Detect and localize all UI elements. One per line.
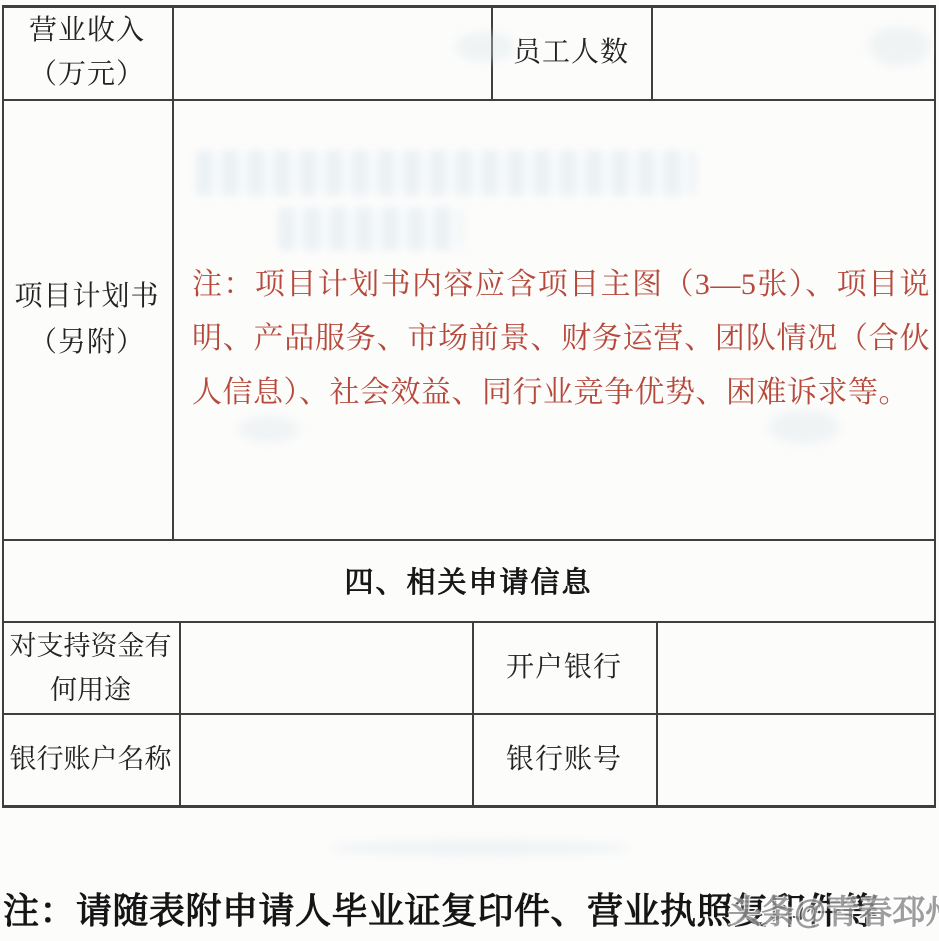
- funds-usage-label-cell: 对支持资金有 何用途: [2, 622, 179, 713]
- funds-usage-label-line2: 何用途: [50, 668, 131, 712]
- project-plan-red-note: 注：项目计划书内容应含项目主图（3—5张）、项目说明、产品服务、市场前景、财务运…: [192, 258, 930, 420]
- bank-account-name-label-cell: 银行账户名称: [2, 714, 179, 805]
- section-header-related-application-info: 四、相关申请信息: [2, 540, 935, 621]
- project-plan-label-cell: 项目计划书 （另附）: [2, 100, 172, 539]
- employees-label: 员工人数: [513, 30, 629, 75]
- deposit-bank-label: 开户银行: [506, 645, 622, 690]
- revenue-label-cell: 营业收入 （万元）: [2, 6, 172, 99]
- revenue-label-line1: 营业收入: [29, 9, 145, 53]
- erased-text-artifact: [196, 150, 696, 196]
- deposit-bank-value-cell: [658, 622, 934, 713]
- scanned-application-form: 营业收入 （万元） 员工人数 项目计划书 （另附） 注：项目计划书内容应含项目主…: [0, 0, 939, 941]
- erased-text-artifact: [278, 207, 463, 251]
- revenue-value-cell: [174, 6, 491, 99]
- bank-account-number-value-cell: [658, 714, 934, 805]
- table-border-bottom: [2, 805, 936, 808]
- scan-artifact: [868, 26, 930, 66]
- scan-artifact: [330, 840, 630, 856]
- toutiao-watermark: 头条@青春邳州。: [728, 886, 939, 933]
- bank-account-name-value-cell: [181, 714, 472, 805]
- table-border-right: [934, 5, 936, 807]
- bank-account-number-label-cell: 银行账号: [472, 714, 656, 805]
- scan-artifact: [455, 32, 515, 62]
- deposit-bank-label-cell: 开户银行: [472, 622, 656, 713]
- funds-usage-label-line1: 对支持资金有: [10, 624, 172, 668]
- employees-label-cell: 员工人数: [491, 6, 651, 99]
- project-plan-label-line1: 项目计划书: [14, 274, 159, 320]
- funds-usage-value-cell: [181, 622, 472, 713]
- project-plan-label-line2: （另附）: [29, 320, 145, 366]
- bank-account-name-label: 银行账户名称: [10, 737, 172, 782]
- bank-account-number-label: 银行账号: [506, 737, 622, 782]
- revenue-label-line2: （万元）: [29, 53, 145, 97]
